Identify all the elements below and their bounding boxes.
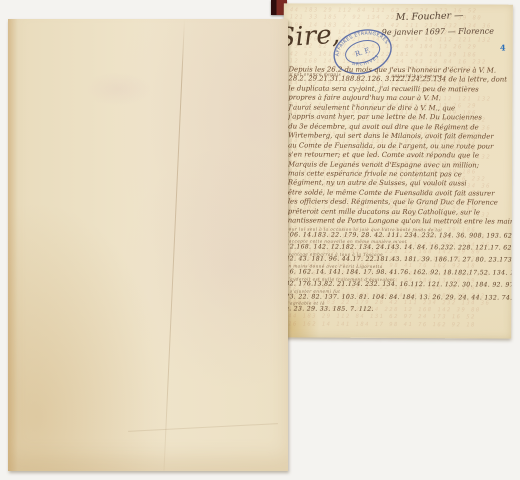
diagonal-crease xyxy=(128,423,278,432)
stamp-center-text: R. F. xyxy=(354,46,371,58)
addressee-annotation: M. Foucher — xyxy=(396,10,464,23)
cipher-numbers-line: a. 23. 29. 33. 185. 7. 112. xyxy=(285,306,508,314)
scan-backdrop: 44 183 29 112 84 131 62 97 24 173 16 52 … xyxy=(0,0,520,480)
dateline-annotation: 9e janvier 1697 — Florence xyxy=(382,27,494,37)
letter-body-line: s'en retourner; et que led. Comte avoit … xyxy=(288,151,507,162)
faint-offset-smudge xyxy=(78,69,158,109)
folio-number-mark: 4 xyxy=(500,43,506,53)
cipher-row: en mains donné avec l'écrit Ligornetta 1… xyxy=(285,265,508,278)
cipher-row: n'agréable et là a. 23. 29. 33. 185. 7. … xyxy=(285,302,508,315)
cipher-passage: pour lui seul à la occasion la joie que … xyxy=(285,227,508,315)
letter-body: Depuis les 26.2 du mois que j'eus l'honn… xyxy=(288,65,508,227)
letter-page: 44 183 29 112 84 131 62 97 24 173 16 52 … xyxy=(282,3,513,338)
cipher-row: j'accepte cette nouvelle en même manière… xyxy=(286,240,509,253)
page-fold-crease xyxy=(163,19,185,471)
blank-verso-page xyxy=(8,19,288,471)
